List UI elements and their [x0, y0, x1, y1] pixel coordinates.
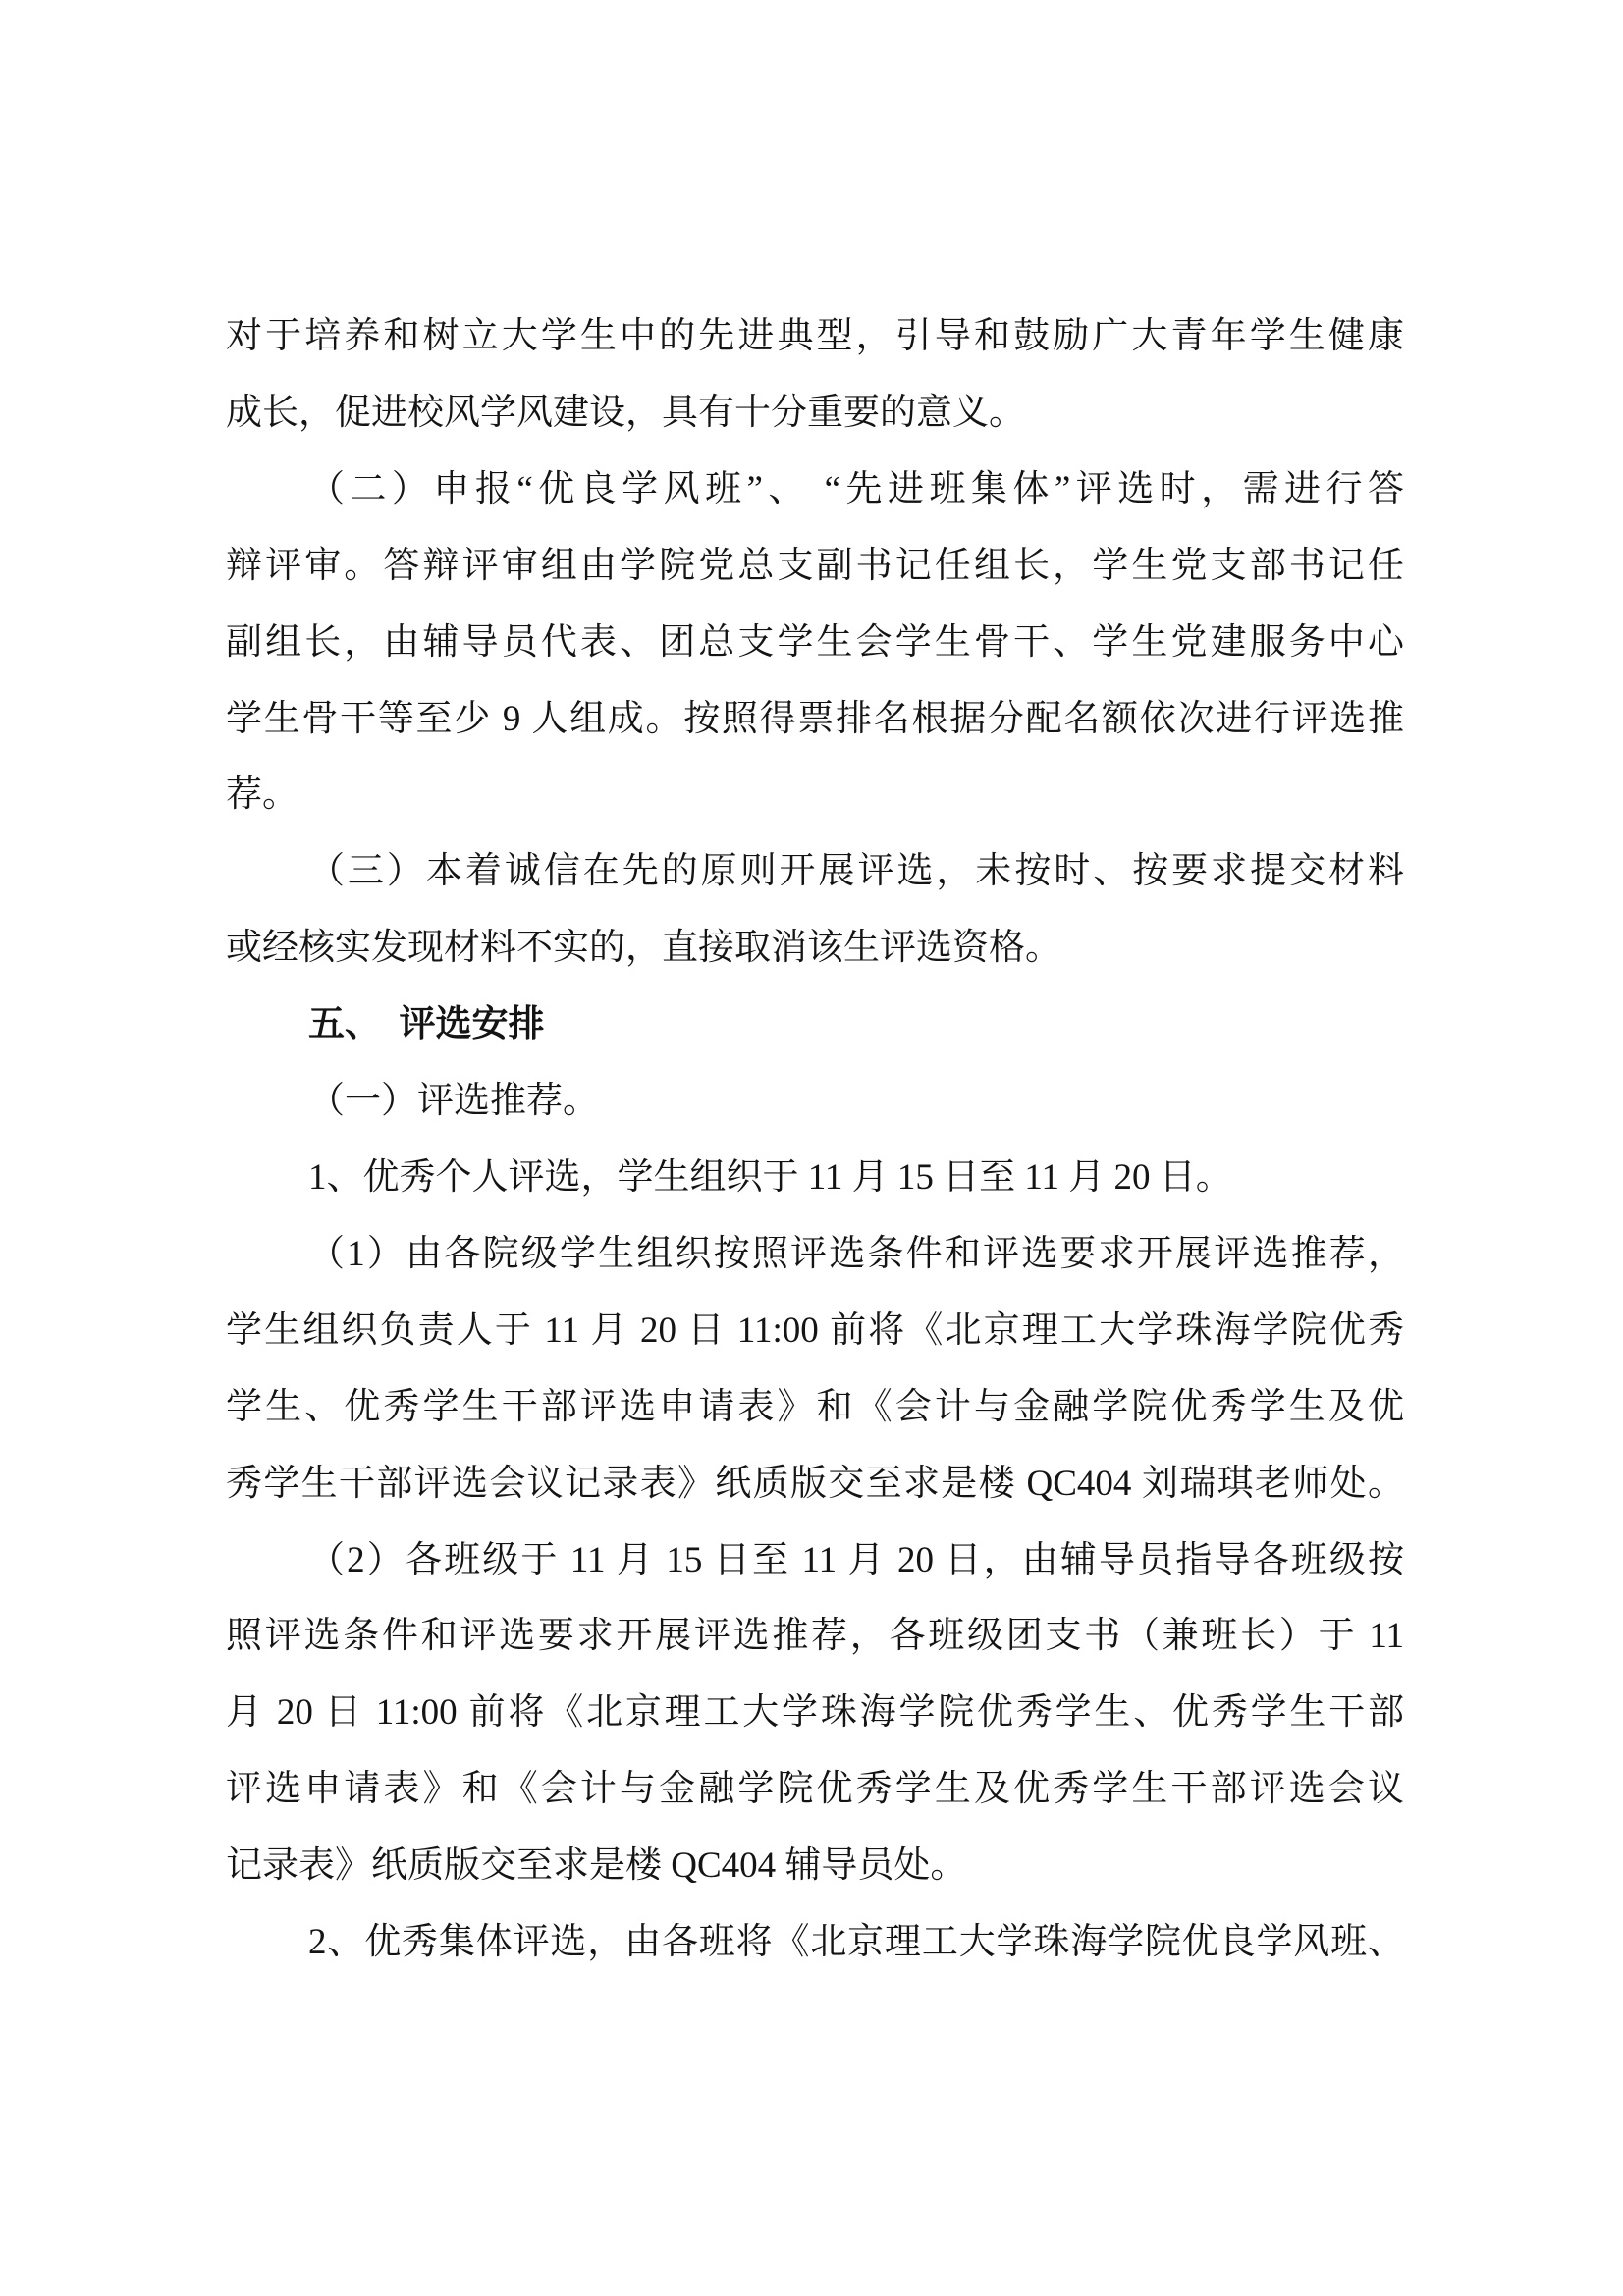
- text-line: 辩评审。答辩评审组由学院党总支副书记任组长，学生党支部书记任: [226, 528, 1404, 605]
- text-line: 成长，促进校风学风建设，具有十分重要的意义。: [226, 375, 1404, 452]
- text-line: 2、优秀集体评选，由各班将《北京理工大学珠海学院优良学风班、: [226, 1904, 1404, 1981]
- text-line: 或经核实发现材料不实的，直接取消该生评选资格。: [226, 910, 1404, 987]
- text-line: 副组长，由辅导员代表、团总支学生会学生骨干、学生党建服务中心: [226, 605, 1404, 681]
- section-heading: 五、 评选安排: [226, 987, 1404, 1063]
- document-page: 对于培养和树立大学生中的先进典型，引导和鼓励广大青年学生健康成长，促进校风学风建…: [0, 0, 1623, 2296]
- text-line: 荐。: [226, 757, 1404, 833]
- document-body: 对于培养和树立大学生中的先进典型，引导和鼓励广大青年学生健康成长，促进校风学风建…: [226, 298, 1404, 1981]
- text-line: 月 20 日 11:00 前将《北京理工大学珠海学院优秀学生、优秀学生干部: [226, 1675, 1404, 1751]
- text-line: 评选申请表》和《会计与金融学院优秀学生及优秀学生干部评选会议: [226, 1751, 1404, 1828]
- text-line: 照评选条件和评选要求开展评选推荐，各班级团支书（兼班长）于 11: [226, 1598, 1404, 1675]
- text-line: 学生组织负责人于 11 月 20 日 11:00 前将《北京理工大学珠海学院优秀: [226, 1293, 1404, 1369]
- text-line: 学生、优秀学生干部评选申请表》和《会计与金融学院优秀学生及优: [226, 1369, 1404, 1446]
- text-line: 学生骨干等至少 9 人组成。按照得票排名根据分配名额依次进行评选推: [226, 681, 1404, 758]
- text-line: 1、优秀个人评选，学生组织于 11 月 15 日至 11 月 20 日。: [226, 1140, 1404, 1216]
- text-line: （1）由各院级学生组织按照评选条件和评选要求开展评选推荐，: [226, 1216, 1404, 1293]
- text-line: （三）本着诚信在先的原则开展评选，未按时、按要求提交材料: [226, 833, 1404, 910]
- text-line: （2）各班级于 11 月 15 日至 11 月 20 日，由辅导员指导各班级按: [226, 1522, 1404, 1599]
- text-line: 秀学生干部评选会议记录表》纸质版交至求是楼 QC404 刘瑞琪老师处。: [226, 1446, 1404, 1522]
- text-line: （一）评选推荐。: [226, 1063, 1404, 1140]
- text-line: 记录表》纸质版交至求是楼 QC404 辅导员处。: [226, 1828, 1404, 1904]
- text-line: （二）申报“优良学风班”、 “先进班集体”评选时，需进行答: [226, 452, 1404, 528]
- text-line: 对于培养和树立大学生中的先进典型，引导和鼓励广大青年学生健康: [226, 298, 1404, 375]
